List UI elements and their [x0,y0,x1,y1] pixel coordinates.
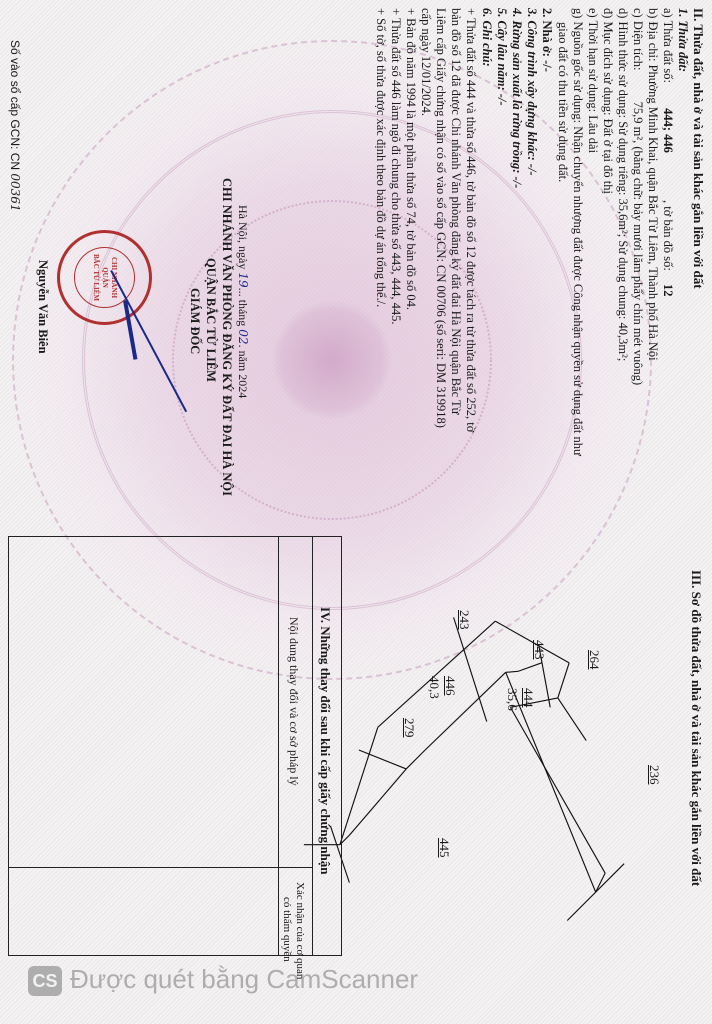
parcel-area: 35,6 [505,688,520,711]
section-3-title: III. Sơ đồ thửa đất, nhà ở và tài sản kh… [689,570,704,886]
forest-item: 4. Rừng sản xuất là rừng trồng: -/- [509,8,524,188]
parcel-label: 446 [443,676,458,696]
divider [312,537,313,955]
issuing-office: CHI NHÁNH VĂN PHÒNG ĐĂNG KÝ ĐẤT ĐAI HÀ N… [219,178,234,496]
parcel-label: 264 [587,650,602,670]
note-line: + Số tờ, số thửa được xác định theo bản … [373,8,388,307]
official-stamp: CHI NHÁNH QUẬN BẮC TỪ LIÊM [57,230,152,325]
usage-origin-cont: giao đất có thu tiền sử dụng đất. [555,22,570,182]
address: b) Địa chỉ: Phường Minh Khai, quận Bắc T… [645,8,660,361]
parcel-label: 236 [647,765,662,785]
emblem-star [272,300,392,420]
section-2-title: II. Thửa đất, nhà ở và tài sản khác gắn … [691,8,706,289]
land-plot-heading: 1. Thửa đất: [675,8,690,72]
parcel-label: 443 [532,640,547,660]
director-title: GIÁM ĐỐC [187,288,202,354]
note-line: Liêm cấp Giấy chứng nhận có số vào sổ cấ… [433,8,448,428]
plot-number-row: a) Thửa đất số: 444; 446 , tờ bản đồ số:… [660,8,675,296]
camscanner-watermark: CSĐược quét bằng CamScanner [28,964,418,996]
note-line: + Thửa đất số 446 làm ngõ đi chung cho t… [388,8,403,325]
parcel-label: 445 [437,838,452,858]
area-value: 75,9 m², (bằng chữ: bảy mươi lăm phẩy ch… [631,102,645,386]
usage-purpose: đ) Mục đích sử dụng: Đất ở tại đô thị [600,8,615,194]
parcel-label: 279 [402,718,417,738]
plot-number: 444; 446 [661,108,675,153]
other-construction-item: 3. Công trình xây dựng khác: -/- [524,8,539,176]
house-item: 2. Nhà ở: -/- [539,8,554,72]
usage-form: d) Hình thức sử dụng: Sử dụng riêng: 35,… [615,8,630,361]
registry-number: Số vào sổ cấp GCN: CN 00361 [7,40,22,212]
certificate-page: II. Thửa đất, nhà ở và tài sản khác gắn … [0,0,712,1024]
column-divider [9,867,313,868]
changes-column-header: Nội dung thay đổi và cơ sở pháp lý [286,617,301,786]
header-divider [278,537,279,955]
issuing-district: QUẬN BẮC TỪ LIÊM [203,258,218,382]
parcel-diagram [302,560,662,940]
issue-day: 19 [236,272,250,287]
parcel-label: 243 [457,610,472,630]
parcel-label: 444 [521,688,536,708]
note-line: bản đồ số 12 đã được Chi nhánh Văn phòng… [448,8,463,414]
map-sheet-number: 12 [661,284,675,297]
changes-table: IV. Những thay đổi sau khi cấp giấy chứn… [8,536,342,956]
issue-month: 02 [236,329,250,344]
issue-date: Hà Nội, ngày 19... tháng 02. năm 2024 [235,205,250,398]
perennial-tree-item: 5. Cây lâu năm: -/- [494,8,509,106]
usage-origin: g) Nguồn gốc sử dụng: Nhận chuyển nhượng… [570,8,585,456]
section-4-title: IV. Những thay đổi sau khi cấp giấy chứn… [318,607,333,875]
camscanner-logo-icon: CS [28,966,62,996]
confirmation-column-header-2: có thẩm quyền [279,897,294,962]
usage-term: e) Thời hạn sử dụng: Lâu dài [585,8,600,153]
note-line: + Thửa đất số 444 và thửa số 446, tờ bản… [463,8,478,432]
note-line: + Bản đồ năm 1994 là một phần thửa số 74… [403,8,418,310]
parcel-area: 40,3 [427,676,442,699]
area-row: c) Diện tích: 75,9 m², (bằng chữ: bảy mư… [630,8,645,385]
note-line: cấp ngày 12/01/2024. [418,8,433,116]
notes-heading: 6. Ghi chú: [479,8,494,67]
director-name: Nguyễn Văn Biên [35,260,50,354]
